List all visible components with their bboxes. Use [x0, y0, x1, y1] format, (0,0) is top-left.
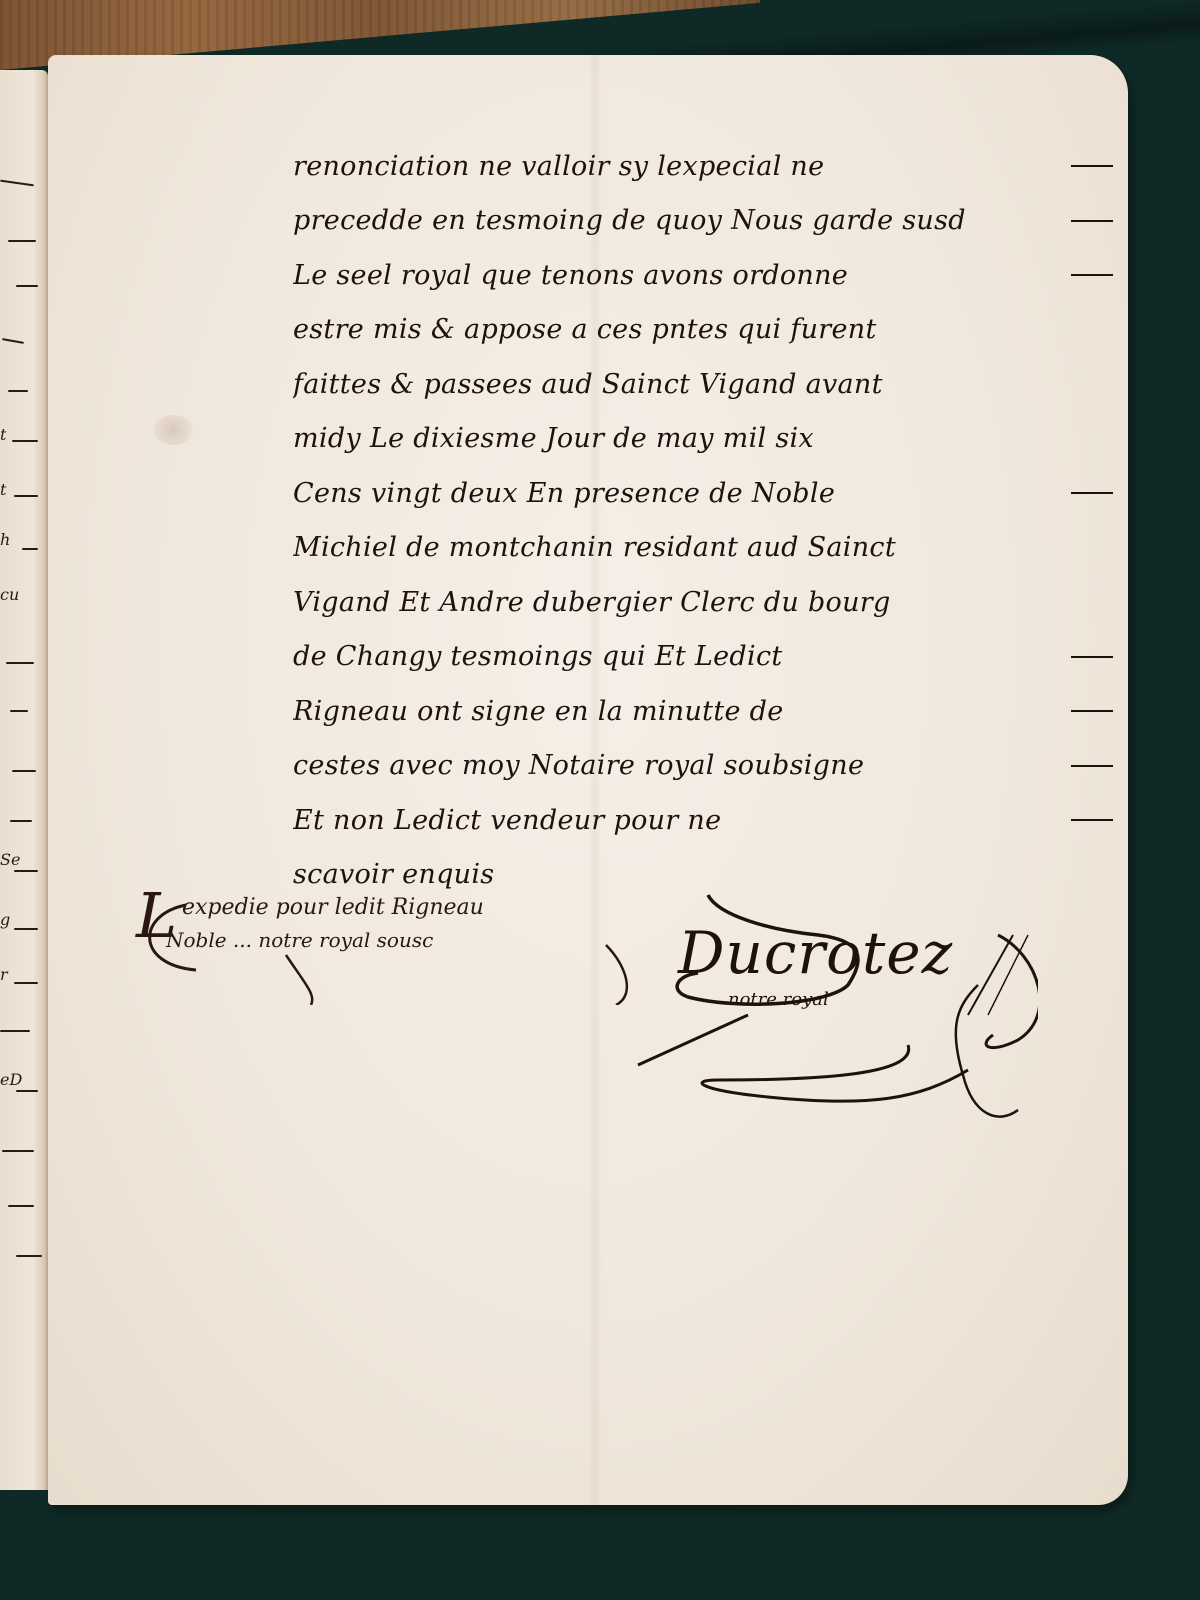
- text-line: cestes avec moy Notaire royal soubsigne: [293, 739, 1113, 794]
- line-filler-dash: [1071, 656, 1113, 658]
- text-line: Le seel royal que tenons avons ordonne: [293, 248, 1113, 303]
- signature-title: notre royal: [728, 989, 829, 1010]
- line-filler-dash: [1071, 274, 1113, 276]
- text-line: renonciation ne valloir sy lexpecial ne: [293, 139, 1113, 194]
- margin-fragment: h: [0, 530, 10, 549]
- margin-dash: [6, 662, 34, 664]
- margin-dash: [12, 440, 38, 442]
- text-line: midy Le dixiesme Jour de may mil six: [293, 412, 1113, 467]
- margin-dash: [0, 180, 34, 187]
- margin-dash: [2, 338, 24, 344]
- line-filler-dash: [1071, 710, 1113, 712]
- margin-dash: [12, 770, 36, 772]
- note-flourish: [136, 885, 656, 1005]
- margin-dash: [16, 1090, 38, 1092]
- body-text: renonciation ne valloir sy lexpecial ne …: [293, 139, 1113, 902]
- margin-fragment: eD: [0, 1070, 22, 1089]
- margin-fragment: Se: [0, 850, 20, 869]
- margin-dash: [10, 820, 32, 822]
- expedition-note: L expedie pour ledit Rigneau Noble ... n…: [136, 895, 656, 952]
- notary-signature: Ducrotez notre royal: [618, 875, 1038, 1135]
- text-line: de Changy tesmoings qui Et Ledict: [293, 630, 1113, 685]
- text-line: Vigand Et Andre dubergier Clerc du bourg: [293, 575, 1113, 630]
- margin-dash: [10, 710, 28, 712]
- text-line: Rigneau ont signe en la minutte de: [293, 684, 1113, 739]
- line-filler-dash: [1071, 220, 1113, 222]
- margin-fragment: cu: [0, 585, 19, 604]
- line-filler-dash: [1071, 165, 1113, 167]
- facing-page-edge: t t h cu Se g r eD: [0, 70, 48, 1490]
- margin-dash: [8, 1205, 34, 1207]
- text-line: estre mis & appose a ces pntes qui furen…: [293, 303, 1113, 358]
- text-line: Et non Ledict vendeur pour ne: [293, 793, 1113, 848]
- line-filler-dash: [1071, 819, 1113, 821]
- text-line: faittes & passees aud Sainct Vigand avan…: [293, 357, 1113, 412]
- margin-dash: [22, 548, 38, 550]
- manuscript-page: renonciation ne valloir sy lexpecial ne …: [48, 55, 1128, 1505]
- margin-dash: [14, 495, 38, 497]
- margin-fragment: g: [0, 910, 10, 929]
- margin-fragment: r: [0, 965, 8, 984]
- line-filler-dash: [1071, 765, 1113, 767]
- margin-dash: [14, 982, 38, 984]
- margin-dash: [16, 1255, 42, 1257]
- paper-stain: [153, 415, 193, 445]
- margin-dash: [8, 390, 28, 392]
- margin-dash: [16, 285, 38, 287]
- text-line: precedde en tesmoing de quoy Nous garde …: [293, 194, 1113, 249]
- margin-dash: [14, 870, 38, 872]
- text-line: Cens vingt deux En presence de Noble: [293, 466, 1113, 521]
- margin-dash: [0, 1030, 30, 1032]
- margin-fragment: t: [0, 425, 6, 444]
- margin-dash: [2, 1150, 34, 1152]
- margin-dash: [8, 240, 36, 242]
- margin-dash: [14, 928, 38, 930]
- line-filler-dash: [1071, 492, 1113, 494]
- margin-fragment: t: [0, 480, 6, 499]
- signature-name: Ducrotez: [678, 919, 953, 987]
- text-line: Michiel de montchanin residant aud Sainc…: [293, 521, 1113, 576]
